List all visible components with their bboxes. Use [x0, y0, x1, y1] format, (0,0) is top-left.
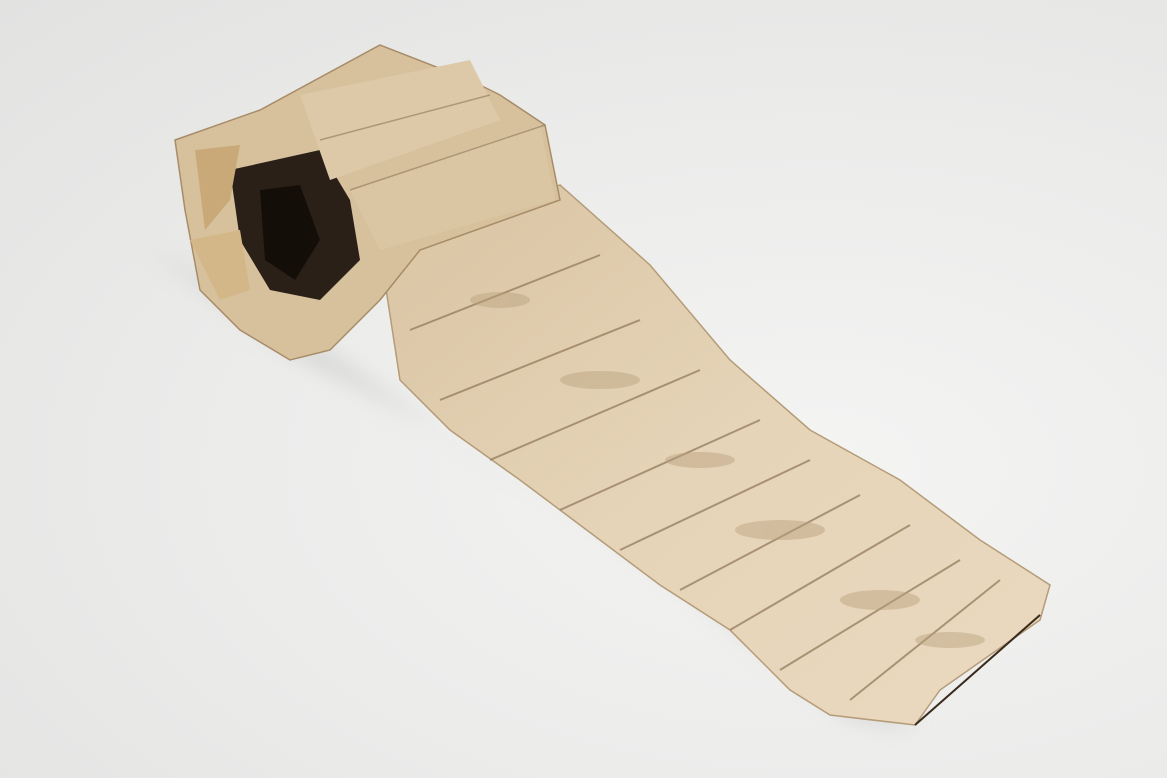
- birch-bark-illustration: [0, 0, 1167, 778]
- bark-strip: [380, 185, 1050, 725]
- photo-scene: [0, 0, 1167, 778]
